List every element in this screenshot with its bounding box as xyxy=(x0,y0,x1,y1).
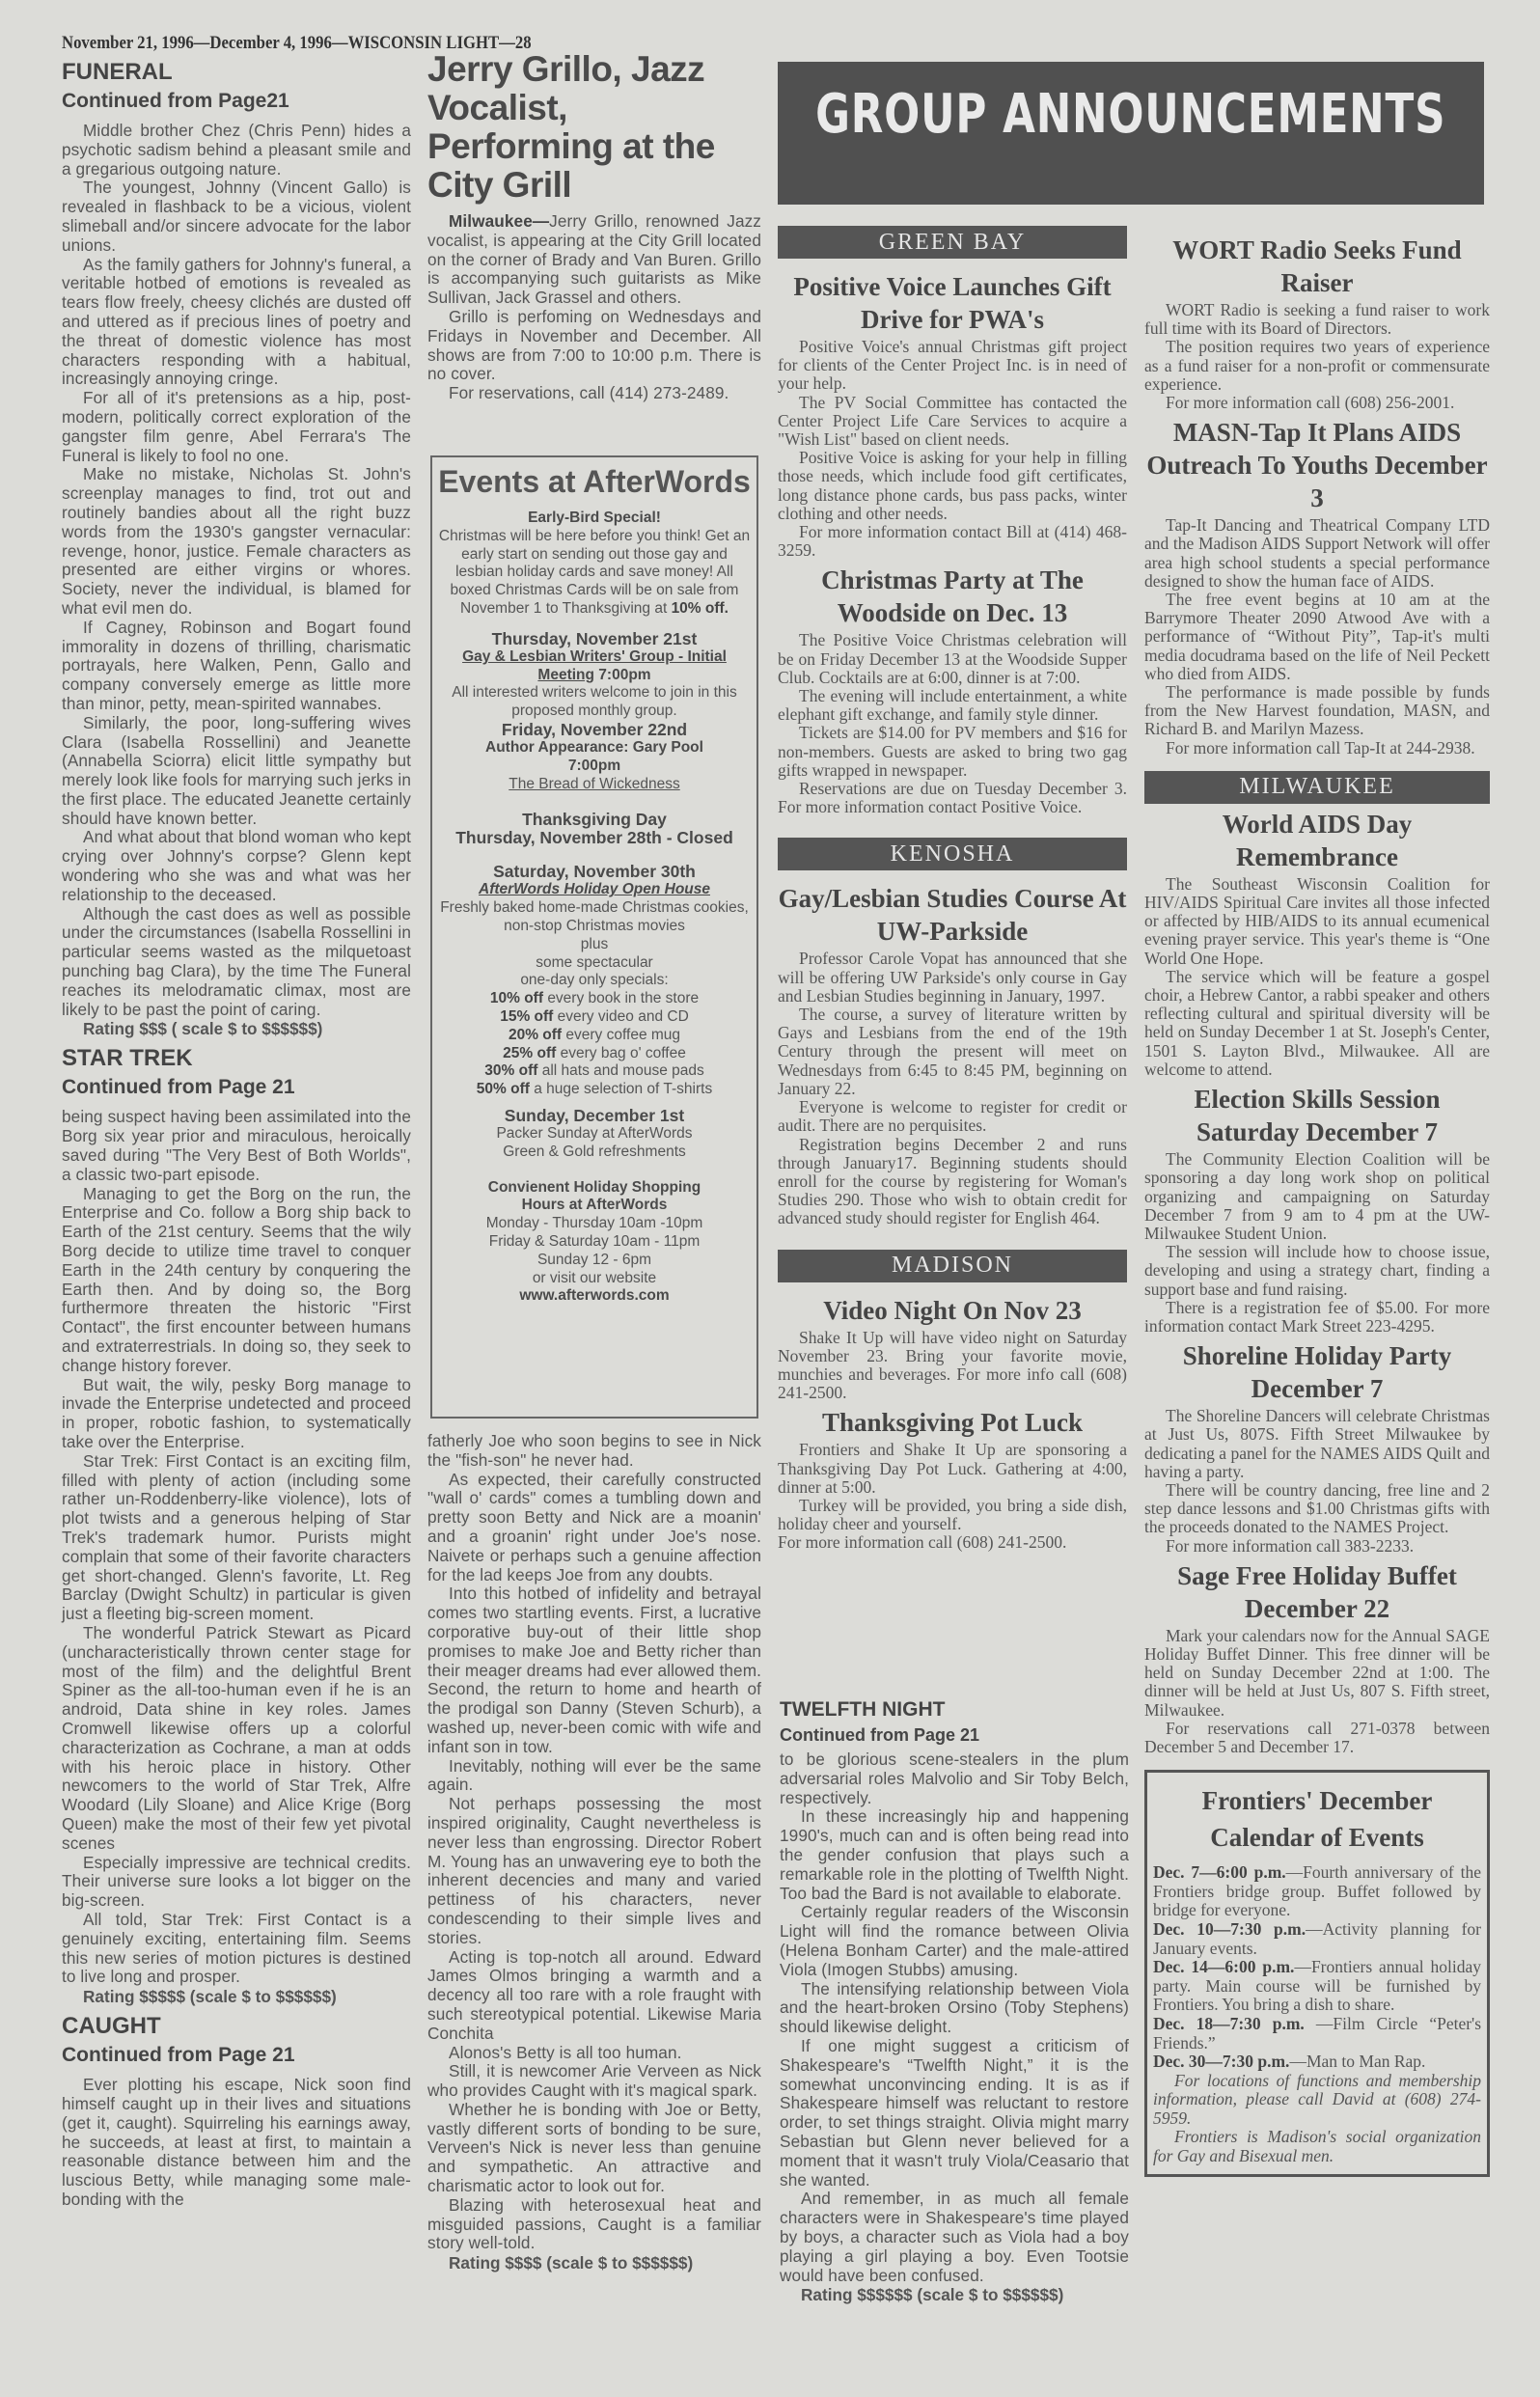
announcement: Election Skills Session Saturday Decembe… xyxy=(1144,1083,1490,1336)
hours-line: Sunday 12 - 6pm xyxy=(438,1252,751,1270)
announcements-column-1: GREEN BAY Positive Voice Launches Gift D… xyxy=(778,226,1127,1553)
announcement-headline: Shoreline Holiday Party December 7 xyxy=(1144,1339,1490,1405)
caught-paragraph: Acting is top-notch all around. Edward J… xyxy=(427,1948,761,2044)
announcement: World AIDS Day Remembrance The Southeast… xyxy=(1144,808,1490,1079)
special-item: 20% off every coffee mug xyxy=(438,1027,751,1045)
open-house-oneday: one-day only specials: xyxy=(438,972,751,990)
announcement-paragraph: The Southeast Wisconsin Coalition for HI… xyxy=(1144,875,1490,968)
website-link[interactable]: www.afterwords.com xyxy=(438,1287,751,1306)
region-header-milwaukee: MILWAUKEE xyxy=(1144,771,1490,804)
funeral-paragraph: If Cagney, Robinson and Bogart found imm… xyxy=(62,619,411,714)
jerry-dateline: Milwaukee— xyxy=(449,211,549,231)
twelfth-night-paragraph: to be glorious scene-stealers in the plu… xyxy=(780,1750,1129,1807)
twelfth-night-rating: Rating $$$$$$ (scale $ to $$$$$$) xyxy=(780,2285,1129,2304)
announcement-paragraph: Positive Voice is asking for your help i… xyxy=(778,449,1127,523)
author-appearance: Author Appearance: Gary Pool xyxy=(438,739,751,758)
funeral-paragraph: The youngest, Johnny (Vincent Gallo) is … xyxy=(62,179,411,255)
announcement-paragraph: The evening will include entertainment, … xyxy=(778,687,1127,724)
announcement-headline: Christmas Party at The Woodside on Dec. … xyxy=(778,564,1127,629)
funeral-paragraph: For all of it's pretensions as a hip, po… xyxy=(62,389,411,465)
announcement-paragraph: The Community Election Coalition will be… xyxy=(1144,1150,1490,1243)
announcements-column-2: WORT Radio Seeks Fund Raiser WORT Radio … xyxy=(1144,230,1490,2177)
hours-line: Friday & Saturday 10am - 11pm xyxy=(438,1233,751,1252)
announcement-headline: MASN-Tap It Plans AIDS Outreach To Youth… xyxy=(1144,416,1490,514)
announcement-paragraph: Tap-It Dancing and Theatrical Company LT… xyxy=(1144,516,1490,591)
special-item: 50% off a huge selection of T-shirts xyxy=(438,1081,751,1099)
star-trek-continued: Continued from Page 21 xyxy=(62,1073,411,1102)
announcement-paragraph: Shake It Up will have video night on Sat… xyxy=(778,1329,1127,1403)
announcement-paragraph: There is a registration fee of $5.00. Fo… xyxy=(1144,1299,1490,1336)
announcement-headline: Gay/Lesbian Studies Course At UW-Parksid… xyxy=(778,882,1127,948)
caught-paragraph: Into this hotbed of infidelity and betra… xyxy=(427,1584,761,1756)
funeral-continued: Continued from Page21 xyxy=(62,87,411,116)
special-item: 15% off every video and CD xyxy=(438,1008,751,1027)
jerry-headline: Jerry Grillo, Jazz Vocalist, Performing … xyxy=(427,50,761,205)
writers-group-time: 7:00pm xyxy=(598,667,650,683)
funeral-paragraph: Middle brother Chez (Chris Penn) hides a… xyxy=(62,122,411,179)
caught-continued: Continued from Page 21 xyxy=(62,2041,411,2070)
twelfth-night-paragraph: In these increasingly hip and happening … xyxy=(780,1807,1129,1903)
announcement-headline: Video Night On Nov 23 xyxy=(778,1294,1127,1327)
twelfth-night-continued: Continued from Page 21 xyxy=(780,1723,1129,1747)
announcement-paragraph: The session will include how to choose i… xyxy=(1144,1243,1490,1299)
star-trek-paragraph: Managing to get the Borg on the run, the… xyxy=(62,1185,411,1376)
twelfth-night-title: TWELFTH NIGHT xyxy=(780,1696,1129,1723)
announcement-headline: Thanksgiving Pot Luck xyxy=(778,1406,1127,1439)
jerry-grillo-article: Jerry Grillo, Jazz Vocalist, Performing … xyxy=(427,50,761,403)
funeral-title: FUNERAL xyxy=(62,58,411,87)
green-gold: Green & Gold refreshments xyxy=(438,1143,751,1162)
frontiers-note: For locations of functions and membershi… xyxy=(1153,2072,1481,2129)
caught-article-start: CAUGHT Continued from Page 21 Ever plott… xyxy=(62,2012,411,2210)
twelfth-night-body: to be glorious scene-stealers in the plu… xyxy=(780,1750,1129,2304)
announcement-paragraph: For more information call 383-2233. xyxy=(1144,1537,1490,1556)
caught-rating: Rating $$$$ (scale $ to $$$$$$) xyxy=(427,2253,761,2273)
jerry-paragraph: For reservations, call (414) 273-2489. xyxy=(427,384,761,403)
calendar-event: Dec. 14—6:00 p.m.—Frontiers annual holid… xyxy=(1153,1958,1481,2015)
announcement-paragraph: Tickets are $14.00 for PV members and $1… xyxy=(778,724,1127,780)
open-house-text: Freshly baked home-made Christmas cookie… xyxy=(438,899,751,936)
announcement: Shoreline Holiday Party December 7 The S… xyxy=(1144,1339,1490,1556)
announcement: Sage Free Holiday Buffet December 22 Mar… xyxy=(1144,1559,1490,1756)
calendar-event: Dec. 18—7:30 p.m. —Film Circle “Peter's … xyxy=(1153,2015,1481,2053)
announcement: Christmas Party at The Woodside on Dec. … xyxy=(778,564,1127,816)
event-date-dec1: Sunday, December 1st xyxy=(438,1107,751,1125)
event-date-nov21: Thursday, November 21st xyxy=(438,630,751,648)
hours-heading: Convienent Holiday Shopping xyxy=(438,1179,751,1198)
announcement-paragraph: The Shoreline Dancers will celebrate Chr… xyxy=(1144,1407,1490,1481)
hours-line: Monday - Thursday 10am -10pm xyxy=(438,1215,751,1233)
banner-title: GROUP ANNOUNCEMENTS xyxy=(815,83,1445,146)
announcement: Positive Voice Launches Gift Drive for P… xyxy=(778,270,1127,560)
early-bird-heading: Early-Bird Special! xyxy=(438,510,751,528)
announcement: Thanksgiving Pot Luck Frontiers and Shak… xyxy=(778,1406,1127,1552)
frontiers-note: Frontiers is Madison's social organizati… xyxy=(1153,2128,1481,2165)
twelfth-night-paragraph: Certainly regular readers of the Wiscons… xyxy=(780,1903,1129,1979)
funeral-rating: Rating $$$ ( scale $ to $$$$$$) xyxy=(62,1019,411,1038)
event-date-nov30: Saturday, November 30th xyxy=(438,863,751,881)
announcement-paragraph: For more information call (608) 241-2500… xyxy=(778,1533,1127,1552)
announcement-paragraph: Mark your calendars now for the Annual S… xyxy=(1144,1627,1490,1720)
star-trek-title: STAR TREK xyxy=(62,1044,411,1073)
writers-group-text: All interested writers welcome to join i… xyxy=(438,684,751,721)
announcement-paragraph: Professor Carole Vopat has announced tha… xyxy=(778,950,1127,1006)
announcement-paragraph: For more information call (608) 256-2001… xyxy=(1144,394,1490,412)
special-item: 10% off every book in the store xyxy=(438,990,751,1008)
group-announcements-banner: GROUP ANNOUNCEMENTS xyxy=(778,62,1484,205)
frontiers-calendar-box: Frontiers' December Calendar of Events D… xyxy=(1144,1770,1490,2177)
packer-sunday: Packer Sunday at AfterWords xyxy=(438,1125,751,1143)
region-header-madison: MADISON xyxy=(778,1250,1127,1282)
writers-group-link[interactable]: Gay & Lesbian Writers' Group - Initial M… xyxy=(462,648,727,683)
funeral-paragraph: Although the cast does as well as possib… xyxy=(62,905,411,1020)
afterwords-title: Events at AfterWords xyxy=(438,463,751,500)
twelfth-night-paragraph: And remember, in as much all female char… xyxy=(780,2190,1129,2285)
funeral-paragraph: And what about that blond woman who kept… xyxy=(62,828,411,904)
calendar-event: Dec. 7—6:00 p.m.—Fourth anniversary of t… xyxy=(1153,1863,1481,1920)
region-header-kenosha: KENOSHA xyxy=(778,838,1127,870)
announcement-paragraph: Positive Voice's annual Christmas gift p… xyxy=(778,338,1127,394)
hours-heading-2: Hours at AfterWords xyxy=(438,1197,751,1215)
caught-paragraph: Whether he is bonding with Joe or Betty,… xyxy=(427,2101,761,2196)
announcement-paragraph: For more information call Tap-It at 244-… xyxy=(1144,739,1490,758)
announcement-paragraph: The Positive Voice Christmas celebration… xyxy=(778,631,1127,687)
announcement-headline: Election Skills Session Saturday Decembe… xyxy=(1144,1083,1490,1148)
announcement-paragraph: Everyone is welcome to register for cred… xyxy=(778,1098,1127,1135)
announcement-paragraph: Turkey will be provided, you bring a sid… xyxy=(778,1497,1127,1533)
announcement-paragraph: Reservations are due on Tuesday December… xyxy=(778,780,1127,816)
caught-paragraph: Blazing with heterosexual heat and misgu… xyxy=(427,2196,761,2253)
newspaper-page: November 21, 1996—December 4, 1996—WISCO… xyxy=(0,0,1540,2397)
jerry-paragraph: Grillo is perfoming on Wednesdays and Fr… xyxy=(427,308,761,384)
caught-paragraph: Alonos's Betty is all too human. xyxy=(427,2044,761,2063)
announcement-paragraph: There will be country dancing, free line… xyxy=(1144,1481,1490,1537)
star-trek-rating: Rating $$$$$ (scale $ to $$$$$$) xyxy=(62,1987,411,2006)
star-trek-paragraph: Star Trek: First Contact is an exciting … xyxy=(62,1452,411,1624)
funeral-paragraph: As the family gathers for Johnny's funer… xyxy=(62,256,411,390)
announcement-paragraph: The performance is made possible by fund… xyxy=(1144,683,1490,739)
announcement-paragraph: WORT Radio is seeking a fund raiser to w… xyxy=(1144,301,1490,338)
announcement-headline: Sage Free Holiday Buffet December 22 xyxy=(1144,1559,1490,1625)
author-appearance-time: 7:00pm xyxy=(438,758,751,776)
announcement-headline: World AIDS Day Remembrance xyxy=(1144,808,1490,873)
funeral-paragraph: Make no mistake, Nicholas St. John's scr… xyxy=(62,465,411,618)
open-house-link[interactable]: AfterWords Holiday Open House xyxy=(438,881,751,899)
announcement-paragraph: The free event begins at 10 am at the Ba… xyxy=(1144,591,1490,683)
announcement: MASN-Tap It Plans AIDS Outreach To Youth… xyxy=(1144,416,1490,758)
thanksgiving-heading: Thanksgiving Day xyxy=(438,811,751,829)
left-column: FUNERAL Continued from Page21 Middle bro… xyxy=(62,58,411,2210)
region-header-green-bay: GREEN BAY xyxy=(778,226,1127,259)
hours-line: or visit our website xyxy=(438,1270,751,1288)
calendar-event: Dec. 30—7:30 p.m.—Man to Man Rap. xyxy=(1153,2053,1481,2072)
announcement-paragraph: The course, a survey of literature writt… xyxy=(778,1006,1127,1098)
announcement-paragraph: The PV Social Committee has contacted th… xyxy=(778,394,1127,450)
caught-paragraph: fatherly Joe who soon begins to see in N… xyxy=(427,1432,761,1471)
special-item: 30% off all hats and mouse pads xyxy=(438,1062,751,1081)
twelfth-night-paragraph: The intensifying relationship between Vi… xyxy=(780,1980,1129,2037)
announcement-paragraph: For reservations call 271-0378 between D… xyxy=(1144,1720,1490,1756)
twelfth-night-paragraph: If one might suggest a criticism of Shak… xyxy=(780,2037,1129,2190)
announcement-paragraph: Frontiers and Shake It Up are sponsoring… xyxy=(778,1441,1127,1497)
caught-paragraph: Not perhaps possessing the most inspired… xyxy=(427,1795,761,1947)
caught-paragraph: As expected, their carefully constructed… xyxy=(427,1471,761,1585)
star-trek-paragraph: But wait, the wily, pesky Borg manage to… xyxy=(62,1376,411,1452)
star-trek-paragraph: The wonderful Patrick Stewart as Picard … xyxy=(62,1624,411,1854)
calendar-event: Dec. 10—7:30 p.m.—Activity planning for … xyxy=(1153,1920,1481,1958)
frontiers-title: Frontiers' December Calendar of Events xyxy=(1153,1782,1481,1856)
open-house-some: some spectacular xyxy=(438,954,751,973)
caught-title: CAUGHT xyxy=(62,2012,411,2041)
announcement: Gay/Lesbian Studies Course At UW-Parksid… xyxy=(778,882,1127,1227)
afterwords-events-box: Events at AfterWords Early-Bird Special!… xyxy=(430,455,758,1419)
caught-paragraph: Ever plotting his escape, Nick soon find… xyxy=(62,2076,411,2210)
announcement-headline: WORT Radio Seeks Fund Raiser xyxy=(1144,234,1490,299)
star-trek-article: STAR TREK Continued from Page 21 being s… xyxy=(62,1044,411,2006)
announcement-paragraph: Registration begins December 2 and runs … xyxy=(778,1136,1127,1228)
caught-paragraph: Inevitably, nothing will ever be the sam… xyxy=(427,1757,761,1796)
funeral-article: FUNERAL Continued from Page21 Middle bro… xyxy=(62,58,411,1038)
announcement-headline: Positive Voice Launches Gift Drive for P… xyxy=(778,270,1127,336)
open-house-plus: plus xyxy=(438,936,751,954)
caught-paragraph: Still, it is newcomer Arie Verveen as Ni… xyxy=(427,2062,761,2101)
announcement: Video Night On Nov 23 Shake It Up will h… xyxy=(778,1294,1127,1403)
caught-article-continued: fatherly Joe who soon begins to see in N… xyxy=(427,1432,761,2273)
thanksgiving-closed: Thursday, November 28th - Closed xyxy=(438,829,751,847)
early-bird-discount: 10% off. xyxy=(672,600,729,617)
twelfth-night-article: TWELFTH NIGHT Continued from Page 21 to … xyxy=(780,1696,1129,2304)
special-item: 25% off every bag o' coffee xyxy=(438,1045,751,1063)
book-title-link[interactable]: The Bread of Wickedness xyxy=(438,776,751,794)
announcement-paragraph: The service which will be feature a gosp… xyxy=(1144,968,1490,1079)
event-date-nov22: Friday, November 22nd xyxy=(438,721,751,739)
announcement-paragraph: For more information contact Bill at (41… xyxy=(778,523,1127,560)
announcement: WORT Radio Seeks Fund Raiser WORT Radio … xyxy=(1144,234,1490,412)
funeral-paragraph: Similarly, the poor, long-suffering wive… xyxy=(62,714,411,829)
announcement-paragraph: The position requires two years of exper… xyxy=(1144,338,1490,394)
star-trek-paragraph: Especially impressive are technical cred… xyxy=(62,1854,411,1911)
star-trek-paragraph: being suspect having been assimilated in… xyxy=(62,1108,411,1184)
star-trek-paragraph: All told, Star Trek: First Contact is a … xyxy=(62,1911,411,1987)
